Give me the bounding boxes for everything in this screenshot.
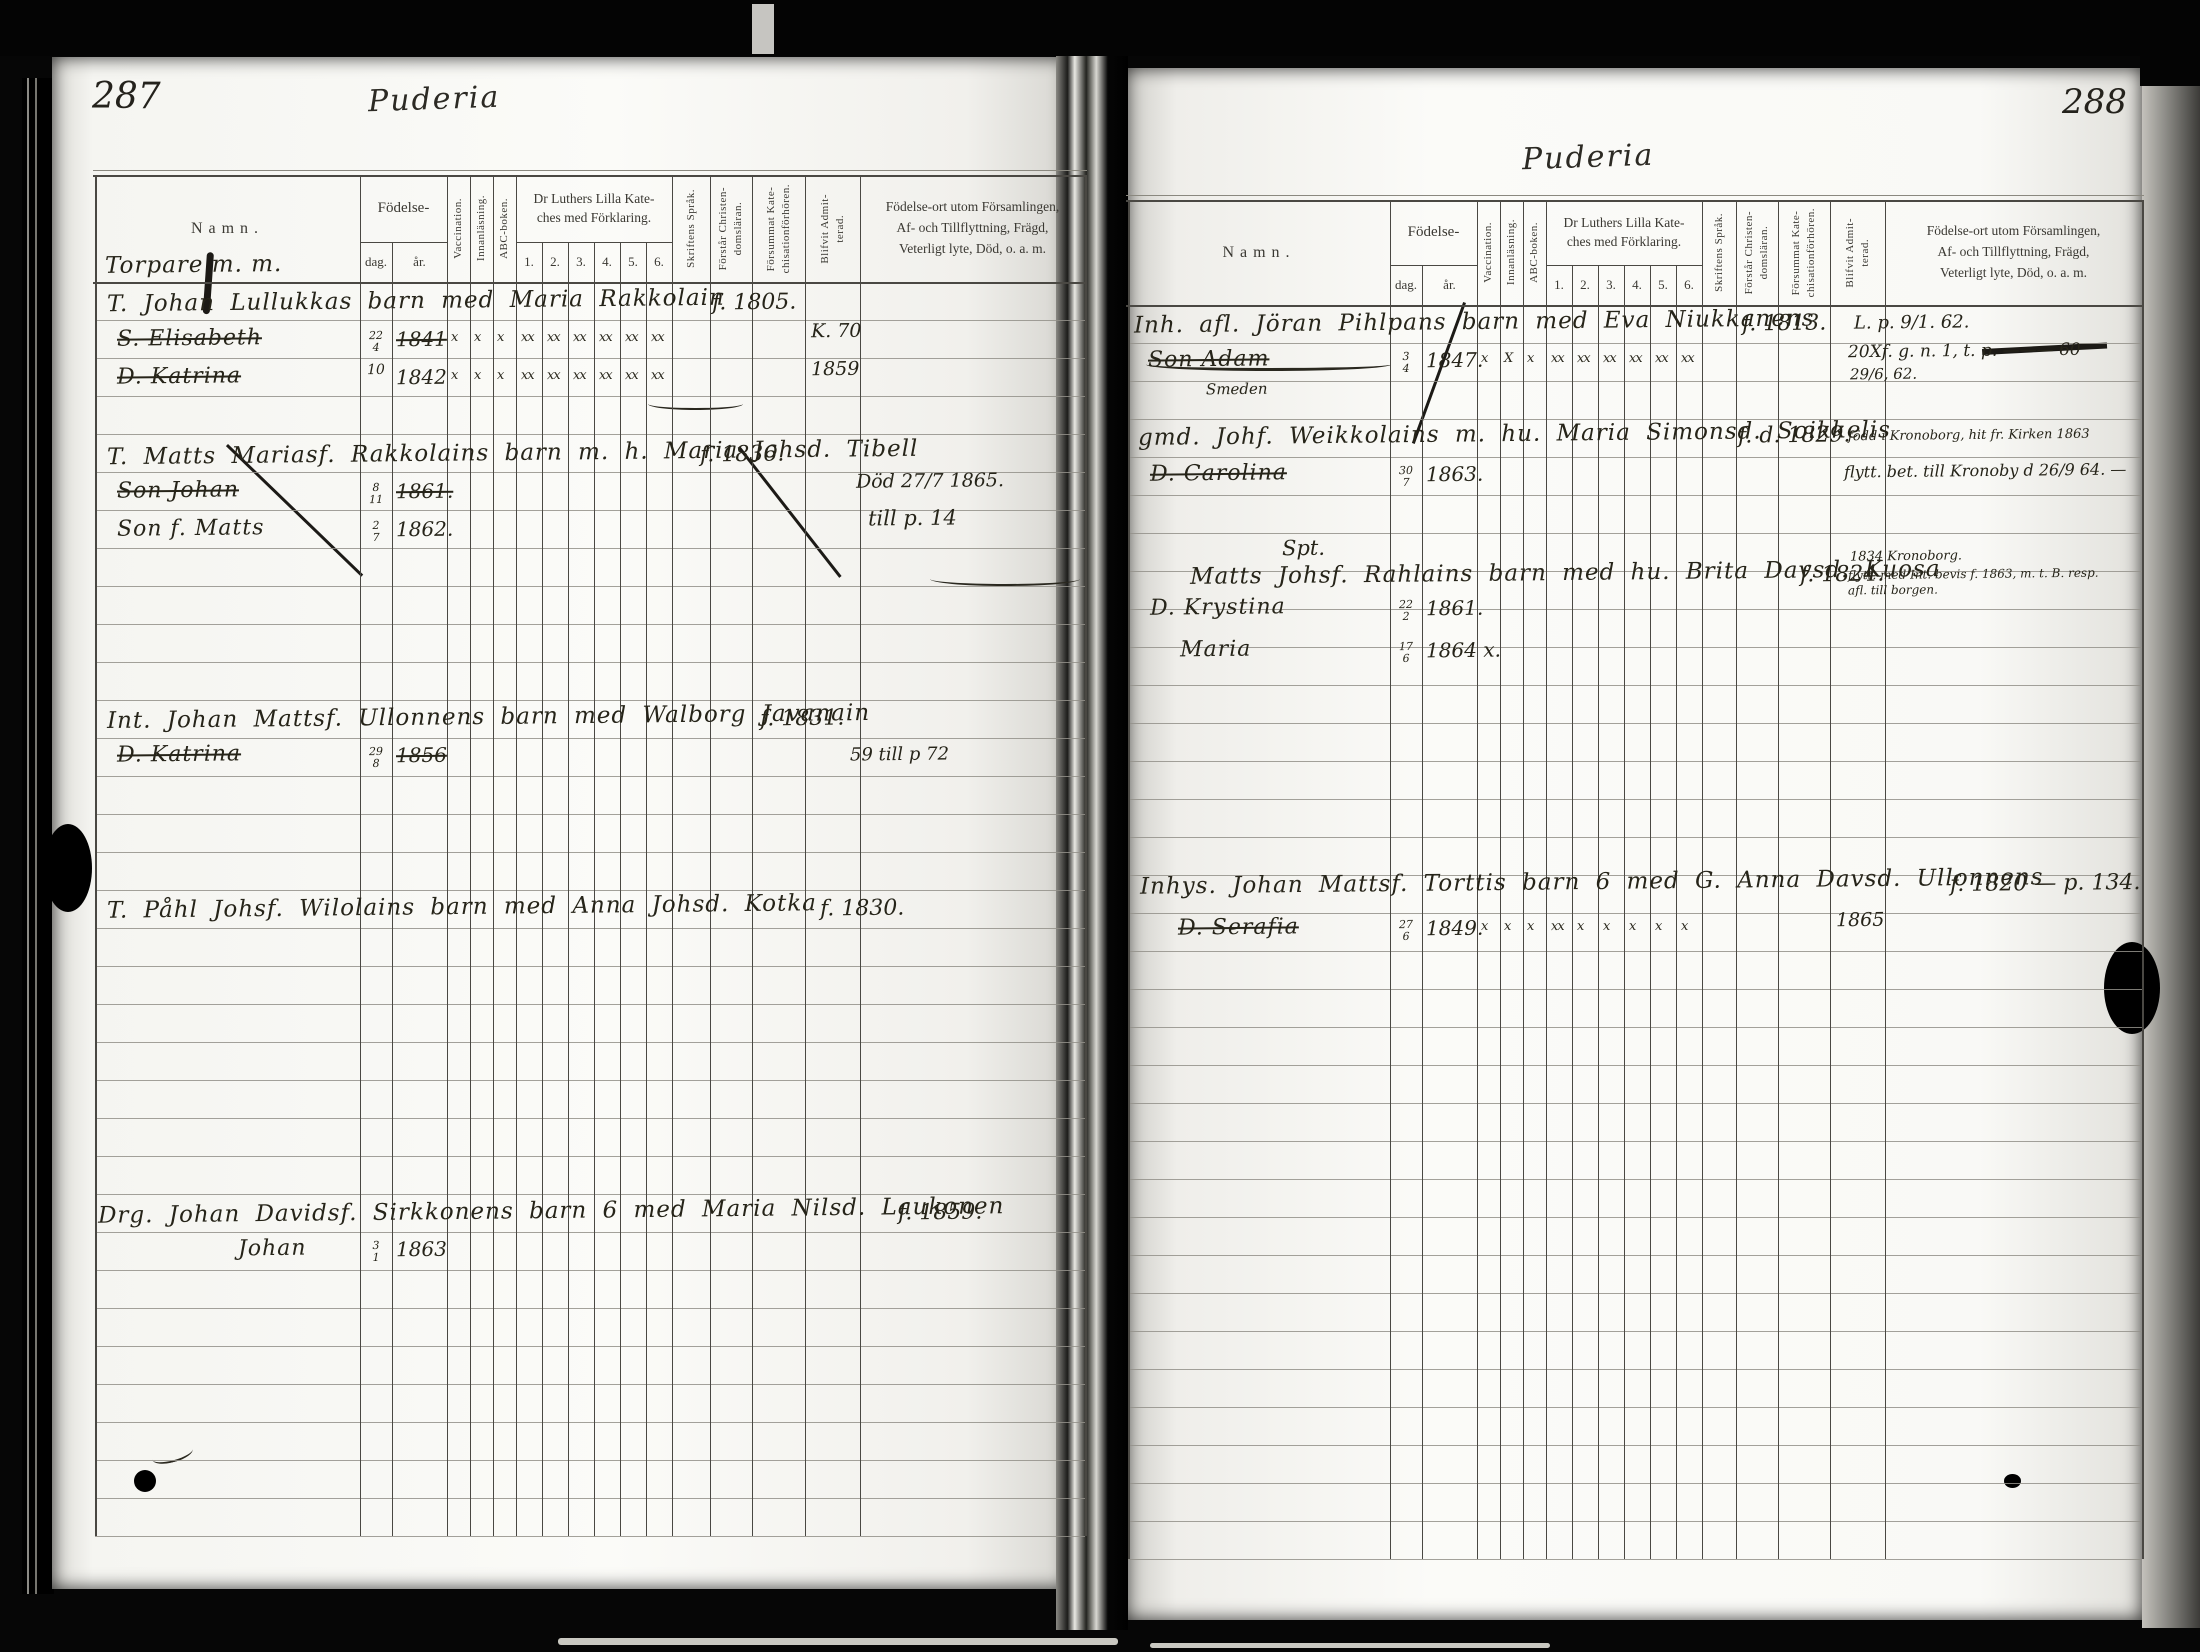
bottom-page-edge-streak (558, 1638, 1118, 1645)
header-admitterad: Blifvit Admit- terad. (805, 175, 860, 282)
catechism-mark: x (1629, 919, 1636, 934)
catechism-mark: xx (521, 368, 534, 383)
header-kateches-4: 4. (594, 242, 620, 282)
header-kateches: Dr Luthers Lilla Kate- ches med Förklari… (1546, 200, 1702, 265)
person-name: Son f. Matts (117, 515, 265, 542)
column-line (392, 242, 393, 1536)
birth-day: 10 (364, 362, 388, 378)
catechism-mark: X (1503, 351, 1511, 366)
row-line (95, 320, 1085, 321)
header-forstar: Förstår Christen- domsläran. (710, 175, 752, 282)
row-line (1128, 1293, 2142, 1294)
header-abc-boken-label: ABC-boken. (497, 198, 512, 259)
row-line (1128, 1217, 2142, 1218)
header-kateches-1: 1. (1546, 265, 1572, 305)
catechism-mark: xx (573, 330, 586, 345)
header-fodelse: Födelse- (1390, 200, 1477, 265)
row-line (1128, 1065, 2142, 1066)
row-line (95, 1042, 1085, 1043)
birth-day-fraction: 222 (1399, 599, 1413, 622)
birth-day: 811 (364, 476, 388, 505)
header-fodelse: Födelse- (360, 175, 447, 242)
row-line (95, 1004, 1085, 1005)
row-line (1128, 1407, 2142, 1408)
birth-day: 31 (364, 1234, 388, 1263)
row-line (1128, 1179, 2142, 1180)
row-line (1128, 989, 2142, 990)
table-outer-top-rule (1126, 195, 2144, 196)
row-line (95, 1080, 1085, 1081)
row-line (1128, 647, 2142, 648)
column-line (620, 242, 621, 1536)
margin-note: 59 till p 72 (850, 743, 949, 765)
row-line (1128, 1255, 2142, 1256)
scan-top-band (0, 0, 2200, 56)
catechism-mark: xx (625, 330, 638, 345)
header-innanlasning-label: Innanläsning. (1504, 219, 1519, 285)
header-admitterad: Blifvit Admit- terad. (1830, 200, 1885, 305)
header-fodelseort: Födelse-ort utom Församlingen, Af- och T… (1885, 200, 2142, 305)
row-line (95, 1346, 1085, 1347)
row-line (1128, 457, 2142, 458)
row-line (95, 1422, 1085, 1423)
birth-day: 307 (1394, 459, 1418, 488)
birth-year: 1863 (396, 1237, 447, 1262)
birth-day-fraction: 34 (1402, 351, 1409, 374)
header-kateches-5: 5. (1650, 265, 1676, 305)
scan-clip-blob (2104, 942, 2160, 1034)
birth-year: 1864 x. (1426, 638, 1501, 663)
row-line (1128, 1103, 2142, 1104)
row-line (1128, 799, 2142, 800)
header-forstar-label: Förstår Christen- domsläran. (1742, 211, 1772, 294)
catechism-mark: x (1603, 919, 1610, 934)
catechism-mark: xx (1655, 351, 1668, 366)
header-kateches: Dr Luthers Lilla Kate- ches med Förklari… (516, 175, 672, 242)
birth-day-fraction: 276 (1399, 919, 1413, 942)
birth-year: 1863. (1426, 462, 1484, 487)
column-line (1422, 265, 1423, 1559)
catechism-mark: xx (521, 330, 534, 345)
header-innanlasning: Innanläsning. (470, 175, 493, 282)
row-line (95, 548, 1085, 549)
column-line (1676, 265, 1677, 1559)
header-kateches-3: 3. (1598, 265, 1624, 305)
header-skriftens-sprak: Skriftens Språk. (672, 175, 710, 282)
catechism-mark: x (1655, 919, 1662, 934)
ink-dot (2004, 1474, 2021, 1488)
table-outer-top-rule (93, 170, 1087, 171)
row-line (1128, 723, 2142, 724)
family-birth-year: f. 1836. (700, 442, 785, 468)
header-kateches-6: 6. (646, 242, 672, 282)
margin-note: 20Xf. g. n. 1, t. p. ——— 60 (1848, 340, 2081, 362)
row-line (95, 434, 1085, 435)
birth-day: 222 (1394, 593, 1418, 622)
birth-day-fraction: 224 (369, 330, 383, 353)
header-innanlasning-label: Innanläsning. (474, 195, 489, 261)
catechism-mark: x (1503, 919, 1510, 934)
row-line (1128, 1141, 2142, 1142)
row-line (95, 928, 1085, 929)
row-line (95, 1270, 1085, 1271)
family-birth-year: f. d. 1829. (1738, 422, 1851, 448)
row-line (95, 1536, 1085, 1537)
birth-day: 27 (364, 514, 388, 543)
family-birth-year: f. 1805. (712, 290, 797, 316)
column-line (360, 175, 361, 1536)
column-line (646, 242, 647, 1536)
birth-year: 1841 (396, 327, 447, 352)
catechism-mark: xx (599, 330, 612, 345)
catechism-mark: x (450, 368, 457, 383)
column-line (1624, 265, 1625, 1559)
header-forstar-label: Förstår Christen- domsläran. (716, 187, 746, 270)
catechism-mark: xx (1681, 351, 1694, 366)
header-forsummat: Försummat Kate- chisationförhören. (752, 175, 805, 282)
column-line (516, 175, 517, 1536)
row-line (1128, 1027, 2142, 1028)
margin-note: flytt. bet. till Kronoby d 26/9 64. — (1844, 460, 2127, 482)
header-admitterad-label: Blifvit Admit- terad. (818, 194, 848, 264)
row-line (95, 1232, 1085, 1233)
birth-day-fraction: 811 (369, 482, 383, 505)
row-line (95, 1460, 1085, 1461)
person-name: Maria (1180, 637, 1252, 663)
row-line (95, 890, 1085, 891)
column-line (470, 175, 471, 1536)
row-line (95, 358, 1085, 359)
scan-corner (2140, 0, 2200, 86)
catechism-mark: xx (625, 368, 638, 383)
book-gutter (1056, 54, 1128, 1630)
column-line (2142, 200, 2144, 1559)
birth-year: 1847. (1426, 348, 1484, 373)
page-number-left: 287 (92, 76, 161, 117)
family-birth-year: f. 1859. (898, 1200, 983, 1226)
admitted-year: 1865 (1836, 909, 1885, 932)
margin-note: född i Kronoborg, hit fr. Kirken 1863 (1848, 427, 2090, 445)
margin-note: till p. 14 (868, 506, 957, 531)
page-title-left: Puderia (367, 80, 500, 120)
catechism-mark: x (1577, 919, 1584, 934)
row-line (95, 1118, 1085, 1119)
person-name: Son Johan (117, 477, 239, 503)
column-line (1572, 265, 1573, 1559)
column-line (493, 175, 494, 1536)
row-line (95, 624, 1085, 625)
margin-note: Smeden (1206, 380, 1268, 399)
birth-day: 176 (1394, 635, 1418, 664)
column-line (568, 242, 569, 1536)
header-abc-boken: ABC-boken. (493, 175, 516, 282)
person-name: D. Krystina (1150, 594, 1286, 620)
catechism-mark: x (496, 330, 503, 345)
person-name: Son Adam (1148, 346, 1270, 372)
row-line (95, 1308, 1085, 1309)
row-line (95, 1498, 1085, 1499)
margin-note: afl. till borgen. (1848, 583, 1938, 598)
person-name: D. Katrina (117, 741, 241, 767)
row-line (1128, 1521, 2142, 1522)
row-line (1128, 1331, 2142, 1332)
birth-year: 1842 (396, 365, 447, 390)
column-line (1085, 175, 1087, 1536)
catechism-mark: xx (599, 368, 612, 383)
catechism-mark: x (1681, 919, 1688, 934)
row-line (95, 396, 1085, 397)
header-forsummat-label: Försummat Kate- chisationförhören. (1789, 208, 1819, 297)
row-line (95, 1156, 1085, 1157)
birth-day-fraction: 31 (372, 1240, 379, 1263)
column-line (542, 242, 543, 1536)
row-line (1128, 951, 2142, 952)
catechism-mark: xx (651, 330, 664, 345)
header-admitterad-label: Blifvit Admit- terad. (1843, 218, 1873, 288)
margin-note: flytt. med Int. bevis f. 1863, m. t. B. … (1848, 566, 2099, 583)
column-line (860, 175, 861, 1536)
person-name: D. Katrina (117, 363, 241, 389)
admitted-year: 1859 (811, 358, 860, 381)
section-heading: Torpare m. m. (105, 251, 283, 279)
column-line (1128, 200, 1130, 1559)
column-line (752, 175, 753, 1536)
row-line (1128, 837, 2142, 838)
column-line (95, 175, 97, 1536)
header-vaccination-label: Vaccination. (1481, 222, 1496, 283)
birth-day: 224 (364, 324, 388, 353)
header-fodelseort: Födelse-ort utom Församlingen, Af- och T… (860, 175, 1085, 282)
catechism-mark: x (473, 368, 480, 383)
row-line (95, 852, 1085, 853)
right-page-edge (2142, 58, 2200, 1628)
scanned-register-spread: 287 Puderia Puderia 288 Namn.Födelse-dag… (0, 0, 2200, 1652)
catechism-mark: xx (547, 368, 560, 383)
column-line (805, 175, 806, 1536)
column-line (1598, 265, 1599, 1559)
person-name: D. Carolina (1150, 460, 1287, 486)
birth-day-fraction: 27 (372, 520, 379, 543)
row-line (95, 586, 1085, 587)
catechism-mark: xx (1551, 351, 1564, 366)
header-skriftens-sprak-label: Skriftens Språk. (684, 189, 699, 268)
catechism-mark: xx (573, 368, 586, 383)
header-kateches-6: 6. (1676, 265, 1702, 305)
header-skriftens-sprak-label: Skriftens Språk. (1712, 213, 1727, 292)
header-namn: Namn. (1128, 200, 1390, 305)
header-vaccination: Vaccination. (1477, 200, 1500, 305)
column-line (710, 175, 711, 1536)
row-line (95, 700, 1085, 701)
header-kateches-1: 1. (516, 242, 542, 282)
header-abc-boken: ABC-boken. (1523, 200, 1546, 305)
birth-day: 276 (1394, 913, 1418, 942)
header-kateches-5: 5. (620, 242, 646, 282)
catechism-mark: x (1526, 919, 1533, 934)
header-kateches-3: 3. (568, 242, 594, 282)
header-forsummat-label: Försummat Kate- chisationförhören. (764, 184, 794, 273)
column-line (672, 175, 673, 1536)
bottom-page-edge-streak (1150, 1643, 1550, 1648)
scan-clip-blob (44, 824, 92, 912)
margin-note: 1834 Kronoborg. (1850, 548, 1962, 564)
birth-year: 1861. (1426, 596, 1484, 621)
birth-year: 1849. (1426, 916, 1484, 941)
catechism-mark: x (1480, 351, 1487, 366)
row-line (1128, 685, 2142, 686)
page-title-right: Puderia (1521, 138, 1654, 178)
row-line (1128, 1559, 2142, 1560)
person-name: Johan (238, 1236, 307, 1262)
header-bottom-rule (93, 282, 1087, 284)
page-number-right: 288 (2062, 82, 2127, 122)
row-line (1128, 1445, 2142, 1446)
column-line (447, 175, 448, 1536)
row-line (95, 1384, 1085, 1385)
birth-day-fraction: 176 (1399, 641, 1413, 664)
row-line (95, 738, 1085, 739)
birth-year: 1856 (396, 743, 447, 768)
column-line (1650, 265, 1651, 1559)
header-skriftens-sprak: Skriftens Språk. (1702, 200, 1736, 305)
catechism-mark: x (1480, 919, 1487, 934)
header-dag: dag. (1390, 265, 1422, 305)
catechism-mark: x (473, 330, 480, 345)
person-name: D. Serafia (1178, 914, 1299, 940)
birth-year: 1861. (396, 479, 454, 504)
family-birth-year: f. 1831. (760, 706, 845, 732)
header-innanlasning: Innanläsning. (1500, 200, 1523, 305)
row-line (95, 966, 1085, 967)
margin-note: Spt. (1282, 536, 1325, 560)
margin-note: L. p. 9/1. 62. (1854, 311, 1970, 333)
header-dag: dag. (360, 242, 392, 282)
header-abc-boken-label: ABC-boken. (1527, 222, 1542, 283)
family-birth-year: f. 1820 — p. 134. (1950, 870, 2141, 897)
row-line (95, 776, 1085, 777)
catechism-mark: xx (1577, 351, 1590, 366)
catechism-mark: xx (1551, 919, 1564, 934)
margin-note: 29/6, 62. (1850, 365, 1917, 384)
header-vaccination: Vaccination. (447, 175, 470, 282)
gutter-top-notch (752, 4, 774, 54)
pen-flourish (648, 398, 743, 410)
ink-dot (134, 1470, 156, 1492)
row-line (1128, 1483, 2142, 1484)
birth-day-fraction: 298 (369, 746, 383, 769)
row-line (1128, 761, 2142, 762)
catechism-mark: xx (651, 368, 664, 383)
catechism-mark: xx (1629, 351, 1642, 366)
header-ar: år. (1422, 265, 1477, 305)
header-kateches-2: 2. (542, 242, 568, 282)
catechism-mark: xx (547, 330, 560, 345)
family-birth-year: f. 1830. (820, 896, 905, 922)
row-line (95, 662, 1085, 663)
row-line (95, 814, 1085, 815)
admitted-year: K. 70 (811, 320, 862, 343)
birth-year: 1862. (396, 517, 454, 542)
catechism-mark: x (1526, 351, 1533, 366)
birth-day: 34 (1394, 345, 1418, 374)
pen-flourish (930, 572, 1080, 586)
catechism-mark: x (496, 368, 503, 383)
header-ar: år. (392, 242, 447, 282)
family-birth-year: f. 1813. (1742, 311, 1827, 337)
margin-note: Död 27/7 1865. (856, 469, 1004, 493)
row-line (1128, 1369, 2142, 1370)
column-line (594, 242, 595, 1536)
header-kateches-4: 4. (1624, 265, 1650, 305)
person-name: S. Elisabeth (117, 325, 262, 352)
row-line (1128, 495, 2142, 496)
header-vaccination-label: Vaccination. (451, 198, 466, 259)
catechism-mark: x (450, 330, 457, 345)
row-line (1128, 381, 2142, 382)
birth-day: 298 (364, 740, 388, 769)
row-line (1128, 533, 2142, 534)
header-forsummat: Försummat Kate- chisationförhören. (1778, 200, 1830, 305)
header-forstar: Förstår Christen- domsläran. (1736, 200, 1778, 305)
header-kateches-2: 2. (1572, 265, 1598, 305)
birth-day-fraction: 307 (1399, 465, 1413, 488)
catechism-mark: xx (1603, 351, 1616, 366)
page-stack-edges (22, 78, 54, 1594)
